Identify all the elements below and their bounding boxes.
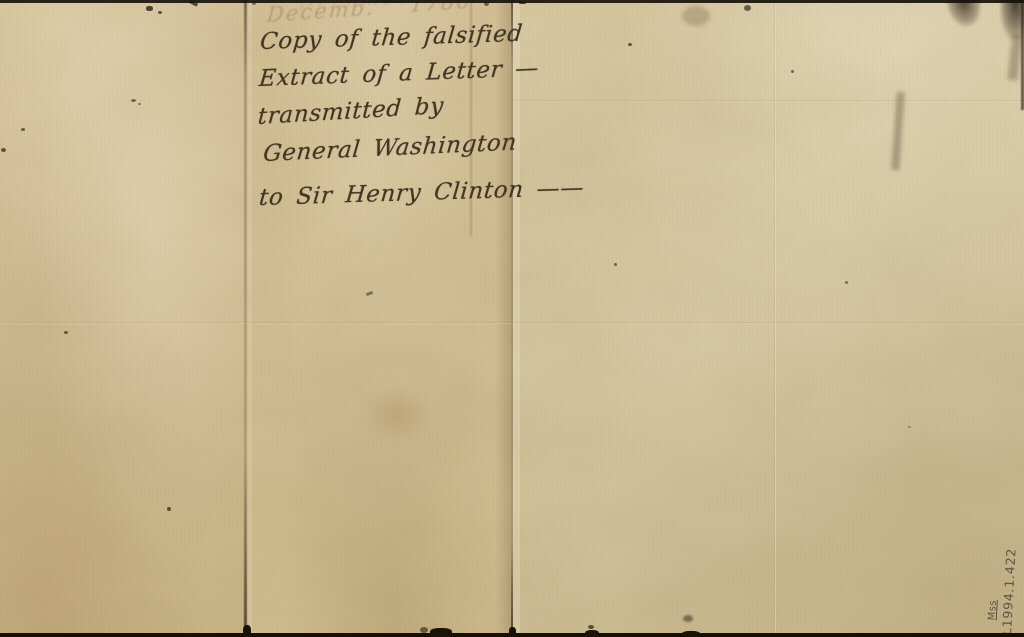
ink-smudge-top-right-corner <box>1000 0 1024 40</box>
crease-horizontal-right-panel <box>511 100 1024 101</box>
ink-speck <box>167 507 171 511</box>
ink-speck <box>420 627 428 633</box>
ink-speck <box>138 103 141 105</box>
fold-line-right-shadow <box>495 0 511 637</box>
paper-edge-notch <box>682 631 700 637</box>
docket-line-4: General Washington <box>262 130 518 167</box>
ink-speck <box>189 0 199 7</box>
ink-speck <box>131 99 136 102</box>
docket-inscription: Copy of the falsified Extract of a Lette… <box>255 0 517 240</box>
ink-speck <box>519 1 526 4</box>
catalog-accession-number: L1994.1.422 <box>999 548 1019 636</box>
manuscript-scan: Decemb. 1780 Decemb. 1780 Copy of the fa… <box>0 0 1024 637</box>
crease-horizontal-middle <box>0 322 1024 323</box>
ink-speck <box>628 43 632 46</box>
ink-speck <box>158 11 162 14</box>
docket-line-5: to Sir Henry Clinton —— <box>258 175 585 211</box>
smudge-streak-right-panel <box>891 92 904 170</box>
ink-speck <box>908 426 911 428</box>
ink-speck <box>588 625 594 629</box>
paper-panel-left <box>0 0 247 637</box>
ink-smudge-top-right <box>945 0 986 30</box>
date-annotation-ghost: Decemb. 1780 <box>298 0 501 14</box>
fold-line-right <box>511 0 513 637</box>
catalog-collection-mark: Mss <box>985 547 1004 621</box>
photo-edge-bottom <box>0 633 1024 637</box>
stain-top-center <box>682 6 710 26</box>
ink-speck <box>366 291 374 296</box>
ink-speck <box>252 2 256 5</box>
ink-speck <box>64 331 68 334</box>
crease-vertical-top <box>470 0 472 236</box>
fold-line-right-highlight <box>513 0 520 637</box>
catalog-number: Mss L1994.1.422 <box>984 547 1019 636</box>
fold-line-left-highlight <box>247 0 252 637</box>
paper-edge-notch <box>509 627 516 637</box>
ink-speck <box>614 263 617 266</box>
ink-speck <box>744 5 751 11</box>
paper-edge-notch <box>430 628 452 637</box>
ink-speck <box>21 128 25 131</box>
paper-edge-notch <box>243 625 251 637</box>
ink-speck <box>683 615 693 622</box>
ink-speck <box>845 281 848 284</box>
stain-middle-panel <box>360 386 432 442</box>
ink-speck <box>484 2 489 6</box>
paper-grain-overlay <box>0 0 1024 637</box>
ink-speck <box>1 148 6 152</box>
paper-edge-notch <box>585 630 599 637</box>
docket-line-3: transmitted by <box>257 93 445 130</box>
docket-line-2: Extract of a Letter — <box>258 55 540 92</box>
ink-speck <box>791 70 794 73</box>
laid-paper-texture <box>0 0 1024 637</box>
ink-speck <box>146 6 153 11</box>
paper-panel-middle <box>247 0 511 637</box>
docket-line-1: Copy of the falsified <box>259 21 524 55</box>
paper-panel-right <box>511 0 1024 637</box>
date-annotation: Decemb. 1780 <box>266 0 473 27</box>
photo-edge-top <box>0 0 1024 3</box>
fold-line-left <box>244 0 247 637</box>
crease-vertical-right-panel <box>774 0 775 637</box>
ink-drip-right-edge <box>1008 34 1023 81</box>
